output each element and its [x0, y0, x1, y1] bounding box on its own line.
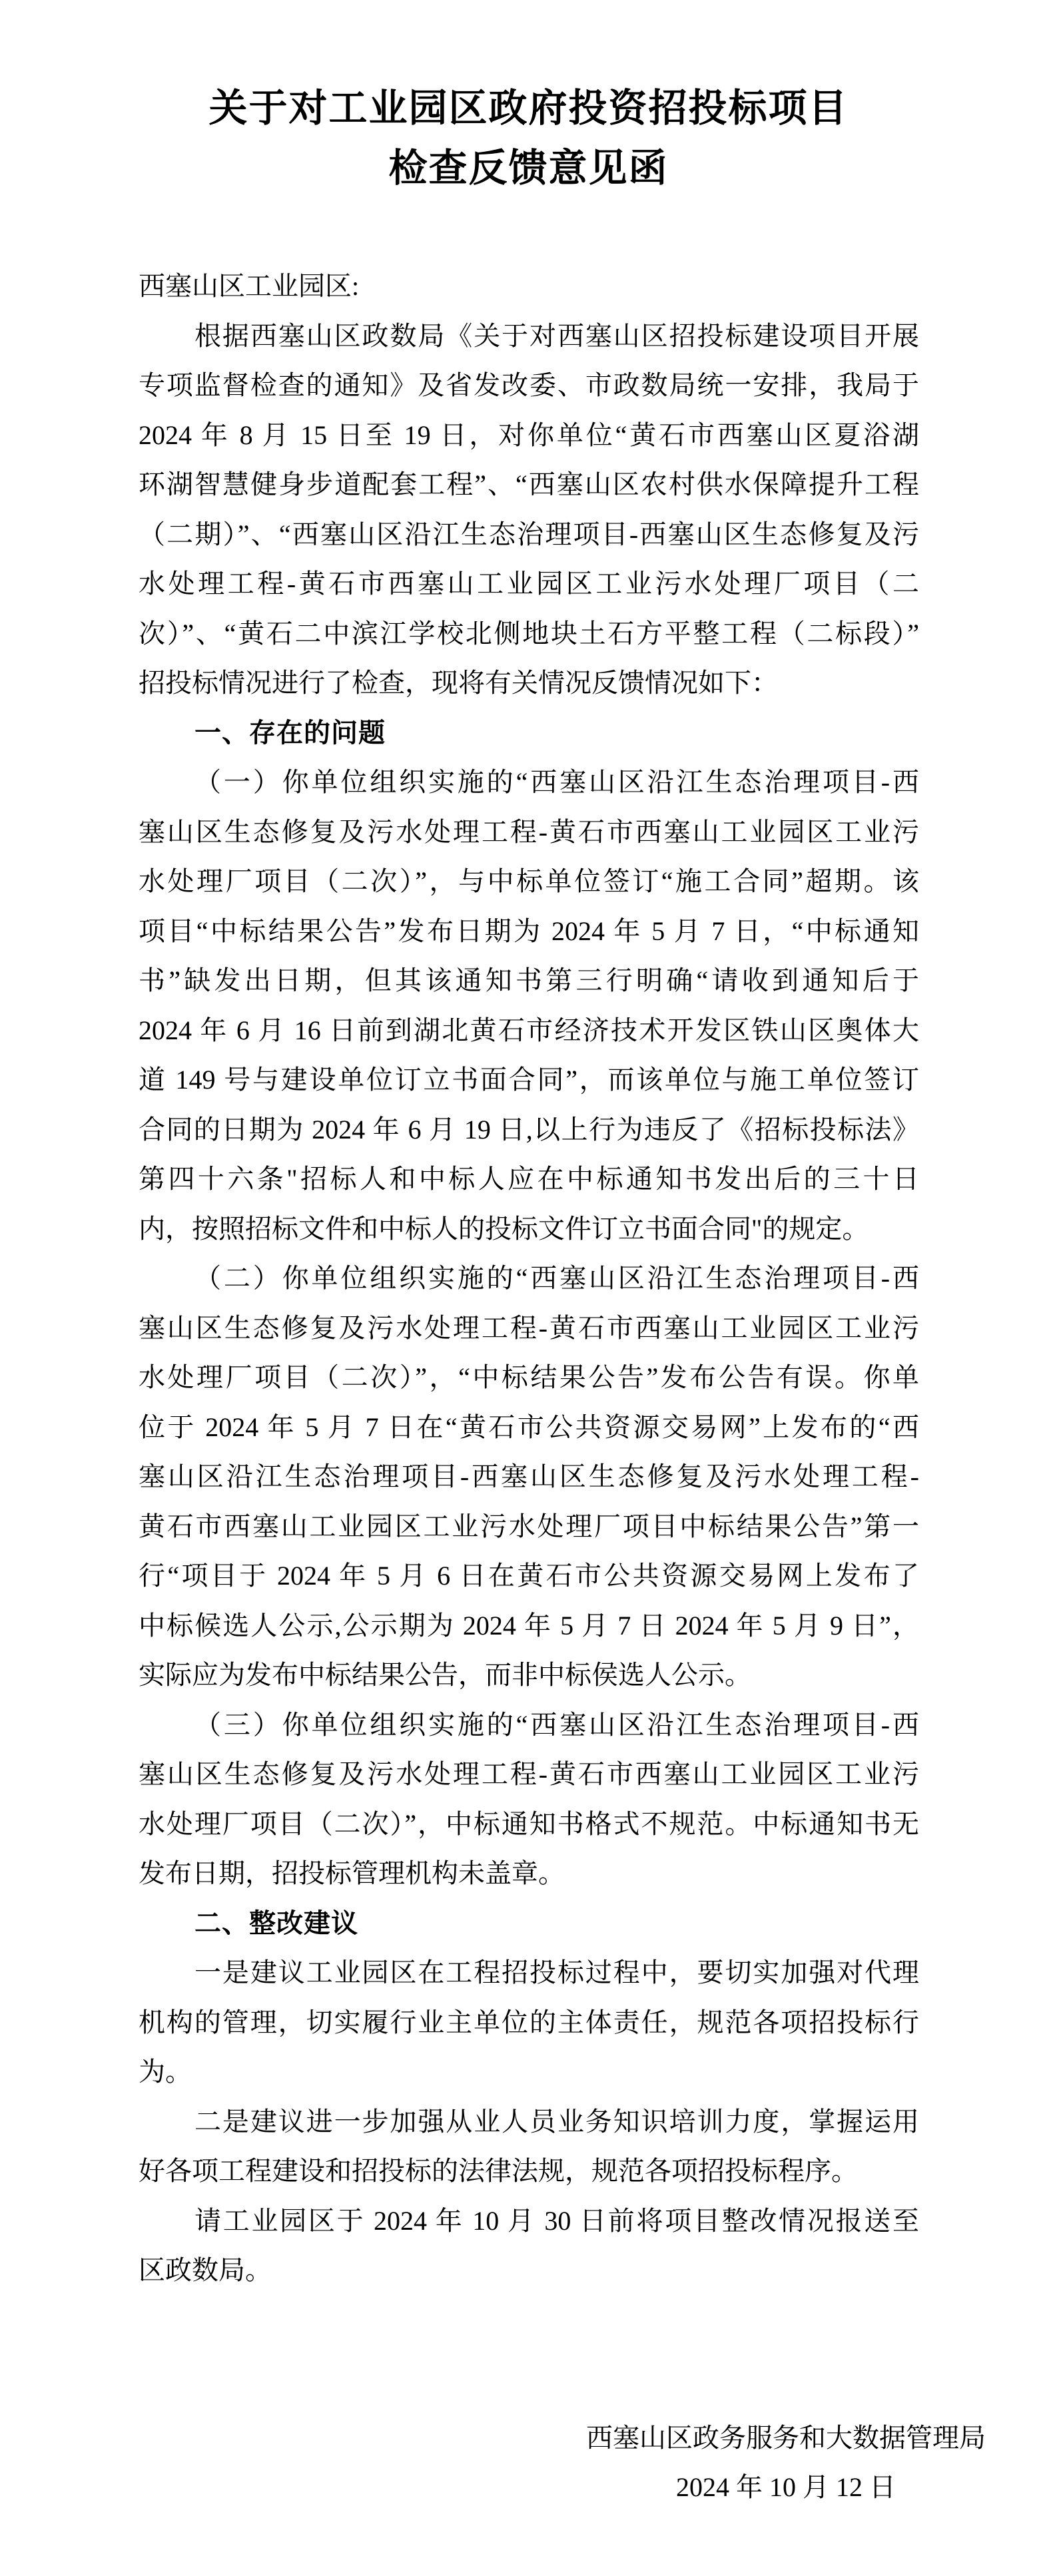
body-line: （一）你单位组织实施的“西塞山区沿江生态治理项目-西 — [139, 758, 919, 808]
body-line: 塞山区沿江生态治理项目-西塞山区生态修复及污水处理工程- — [139, 1452, 919, 1502]
body-line: （三）你单位组织实施的“西塞山区沿江生态治理项目-西 — [139, 1700, 919, 1750]
body-line: 塞山区生态修复及污水处理工程-黄石市西塞山工业园区工业污 — [139, 1750, 919, 1800]
body-line: （二）你单位组织实施的“西塞山区沿江生态治理项目-西 — [139, 1254, 919, 1304]
section-heading-problems: 一、存在的问题 — [139, 708, 919, 758]
title-line-2: 检查反馈意见函 — [0, 138, 1057, 198]
body-line: 水处理厂项目（二次）”，“中标结果公告”发布公告有误。你单 — [139, 1353, 919, 1403]
body-line: 书”缺发出日期，但其该通知书第三行明确“请收到通知后于 — [139, 956, 919, 1006]
document-title: 关于对工业园区政府投资招投标项目 检查反馈意见函 — [0, 0, 1057, 198]
body-line: 一是建议工业园区在工程招投标过程中，要切实加强对代理 — [139, 1948, 919, 1998]
body-line: 黄石市西塞山工业园区工业污水处理厂项目中标结果公告”第一 — [139, 1502, 919, 1552]
body-line: 专项监督检查的通知》及省发改委、市政数局统一安排，我局于 — [139, 361, 919, 411]
body-line: 次）”、“黄石二中滨江学校北侧地块土石方平整工程（二标段）” — [139, 609, 919, 659]
signature-date: 2024 年 10 月 12 日 — [586, 2463, 986, 2513]
body-line: 行“项目于 2024 年 5 月 6 日在黄石市公共资源交易网上发布了 — [139, 1551, 919, 1601]
title-line-1: 关于对工业园区政府投资招投标项目 — [0, 79, 1057, 138]
body-line: 请工业园区于 2024 年 10 月 30 日前将项目整改情况报送至 — [139, 2196, 919, 2246]
document-body: 西塞山区工业园区: 根据西塞山区政数局《关于对西塞山区招投标建设项目开展 专项监… — [139, 262, 919, 2296]
body-line: 位于 2024 年 5 月 7 日在“黄石市公共资源交易网”上发布的“西 — [139, 1403, 919, 1453]
body-line: 内，按照招标文件和中标人的投标文件订立书面合同"的规定。 — [139, 1204, 919, 1254]
body-line: 中标候选人公示,公示期为 2024 年 5 月 7 日 2024 年 5 月 9… — [139, 1601, 919, 1651]
document-page: { "page": { "background_color": "#ffffff… — [0, 0, 1057, 2576]
body-line: 环湖智慧健身步道配套工程”、“西塞山区农村供水保障提升工程 — [139, 460, 919, 510]
body-line: 道 149 号与建设单位订立书面合同”，而该单位与施工单位签订 — [139, 1055, 919, 1105]
body-line: 区政数局。 — [139, 2246, 919, 2296]
body-line: 为。 — [139, 2047, 919, 2097]
salutation-line: 西塞山区工业园区: — [139, 262, 919, 312]
body-line: 招投标情况进行了检查，现将有关情况反馈情况如下： — [139, 658, 919, 708]
signature-block: 西塞山区政务服务和大数据管理局 2024 年 10 月 12 日 — [586, 2414, 986, 2513]
body-line: 塞山区生态修复及污水处理工程-黄石市西塞山工业园区工业污 — [139, 1304, 919, 1354]
signature-org: 西塞山区政务服务和大数据管理局 — [586, 2414, 986, 2463]
body-line: 二是建议进一步加强从业人员业务知识培训力度，掌握运用 — [139, 2097, 919, 2147]
body-line: 水处理厂项目（二次）”，与中标单位签订“施工合同”超期。该 — [139, 857, 919, 907]
body-line: 第四十六条"招标人和中标人应在中标通知书发出后的三十日 — [139, 1155, 919, 1204]
body-line: 发布日期，招投标管理机构未盖章。 — [139, 1849, 919, 1899]
body-line: 项目“中标结果公告”发布日期为 2024 年 5 月 7 日，“中标通知 — [139, 907, 919, 957]
body-line: 合同的日期为 2024 年 6 月 19 日,以上行为违反了《招标投标法》 — [139, 1105, 919, 1155]
body-line: 好各项工程建设和招投标的法律法规，规范各项招投标程序。 — [139, 2147, 919, 2196]
body-line: 水处理厂项目（二次）”，中标通知书格式不规范。中标通知书无 — [139, 1800, 919, 1850]
section-heading-suggestions: 二、整改建议 — [139, 1899, 919, 1949]
body-line: （二期）”、“西塞山区沿江生态治理项目-西塞山区生态修复及污 — [139, 510, 919, 560]
body-line: 塞山区生态修复及污水处理工程-黄石市西塞山工业园区工业污 — [139, 808, 919, 858]
body-line: 实际应为发布中标结果公告，而非中标侯选人公示。 — [139, 1651, 919, 1700]
body-line: 2024 年 6 月 16 日前到湖北黄石市经济技术开发区铁山区奥体大 — [139, 1006, 919, 1056]
body-line: 机构的管理，切实履行业主单位的主体责任，规范各项招投标行 — [139, 1998, 919, 2048]
body-line: 2024 年 8 月 15 日至 19 日，对你单位“黄石市西塞山区夏浴湖 — [139, 411, 919, 461]
body-line: 水处理工程-黄石市西塞山工业园区工业污水处理厂项目（二 — [139, 559, 919, 609]
body-line: 根据西塞山区政数局《关于对西塞山区招投标建设项目开展 — [139, 312, 919, 362]
